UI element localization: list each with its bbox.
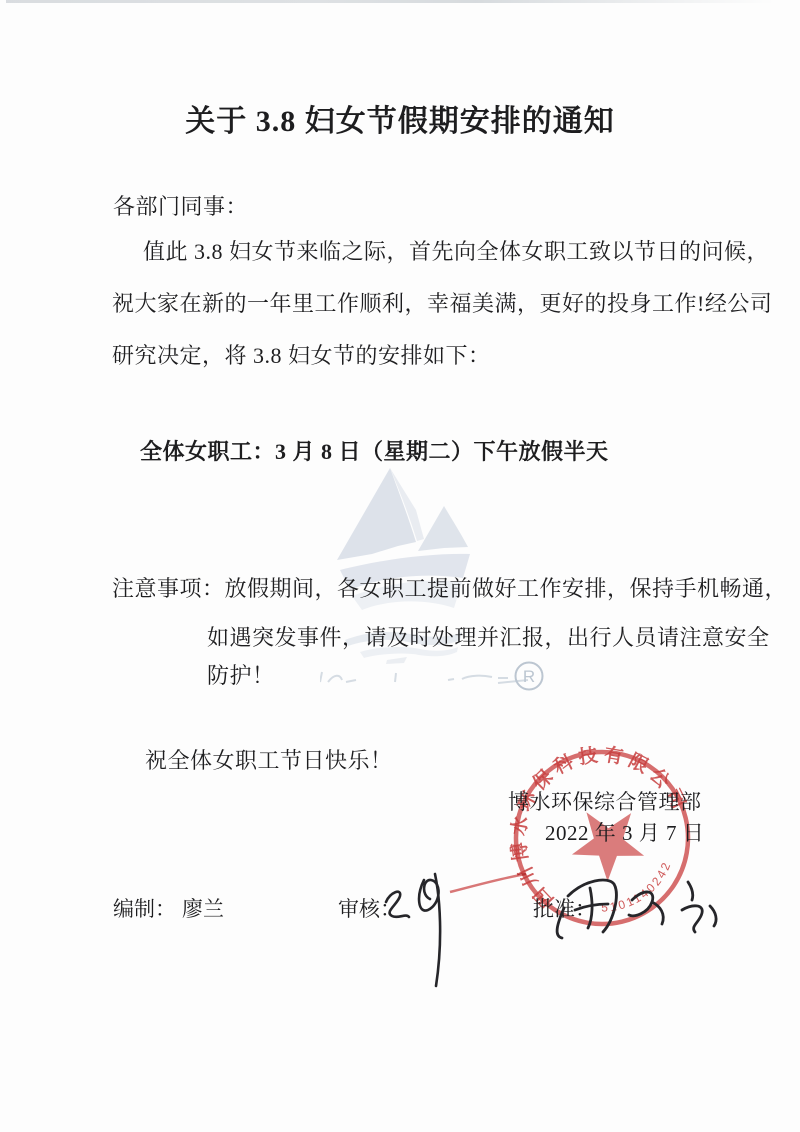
notes-line-2: 如遇突发事件，请及时处理并汇报，出行人员请注意安全 — [207, 621, 770, 652]
approver-signature — [548, 858, 723, 958]
paragraph-line-1: 值此 3.8 妇女节来临之际，首先向全体女职工致以节日的问候， — [143, 235, 769, 266]
signoff-department: 博水环保综合管理部 — [508, 786, 702, 816]
prepared-label: 编制： — [113, 893, 176, 923]
salutation: 各部门同事： — [113, 190, 248, 221]
reviewer-signature — [378, 868, 473, 993]
paragraph-line-2: 祝大家在新的一年里工作顺利，幸福美满，更好的投身工作!经公司 — [112, 287, 772, 318]
signoff-date: 2022 年 3 月 7 日 — [545, 817, 704, 847]
registered-trademark-icon: R — [513, 660, 545, 692]
svg-text:R: R — [523, 667, 535, 686]
closing-line: 祝全体女职工节日快乐！ — [145, 744, 393, 775]
document-title: 关于 3.8 妇女节假期安排的通知 — [0, 96, 800, 140]
notes-line-3: 防护！ — [207, 659, 275, 690]
prepared-name: 廖兰 — [182, 893, 224, 923]
scan-artifact-line — [6, 0, 790, 3]
arrangement-line: 全体女职工：3 月 8 日（星期二）下午放假半天 — [140, 435, 609, 466]
paragraph-line-3: 研究决定，将 3.8 妇女节的安排如下： — [112, 339, 491, 370]
notes-line-1: 注意事项：放假期间，各女职工提前做好工作安排，保持手机畅通， — [112, 572, 787, 603]
